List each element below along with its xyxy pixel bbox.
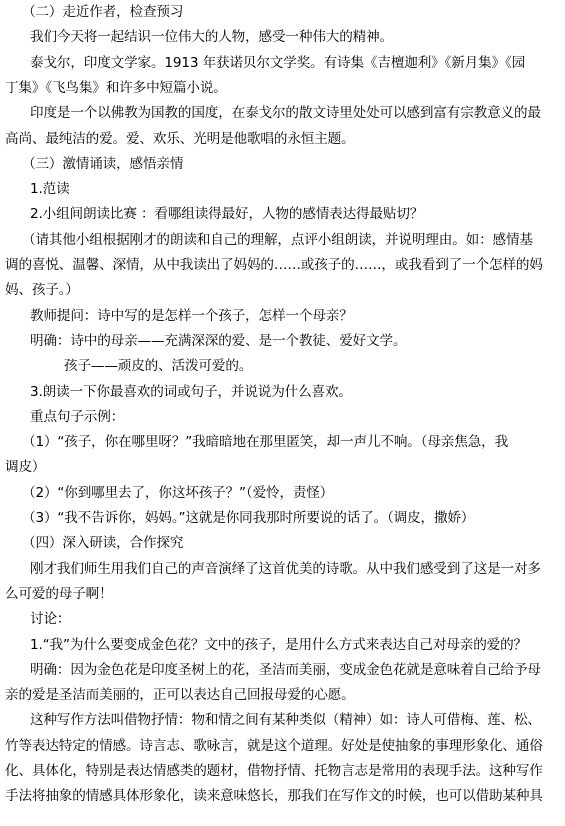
text-line: （2）“你到哪里去了，你这坏孩子？”（爱怜，责怪） <box>22 481 333 506</box>
text-line: 刚才我们师生用我们自己的声音演绎了这首优美的诗歌。从中我们感受到了这是一对多 <box>30 557 541 582</box>
text-line: 竹等表达特定的情感。诗言志、歌咏言，就是这个道理。好处是使抽象的事理形象化、通俗 <box>5 734 543 759</box>
list-item: 1.“我”为什么要变成金色花？文中的孩子，是用什么方式来表达自己对母亲的爱的？ <box>30 633 527 658</box>
text-line: （3）“我不告诉你，妈妈。”这就是你同我那时所要说的话了。（调皮，撒娇） <box>22 506 474 531</box>
text-line: 孩子——顽皮的、活泼可爱的。 <box>64 354 252 379</box>
text-line: 明确：诗中的母亲——充满深深的爱、是一个教徒、爱好文学。 <box>30 329 406 354</box>
text-line: 丁集》《飞鸟集》和许多中短篇小说。 <box>5 76 227 101</box>
text-line: 重点句子示例： <box>30 405 124 430</box>
text-line: 么可爱的母子啊！ <box>5 582 113 607</box>
text-line: （1）“孩子，你在哪里呀？”我暗暗地在那里匿笑，却一声儿不响。（母亲焦急，我 <box>22 430 508 455</box>
list-item: 1.范读 <box>30 177 70 202</box>
text-line: 明确：因为金色花是印度圣树上的花，圣洁而美丽，变成金色花就是意味着自己给予母 <box>30 658 541 683</box>
text-line: 调的喜悦、温馨、深情，从中我读出了妈妈的……或孩子的……，或我看到了一个怎样的妈 <box>5 253 543 278</box>
text-line: 我们今天将一起结识一位伟大的人物，感受一种伟大的精神。 <box>30 25 393 50</box>
text-line: 妈、孩子。） <box>5 278 79 303</box>
text-line: 高尚、最纯洁的爱。爱、欢乐、光明是他歌唱的永恒主题。 <box>5 127 355 152</box>
text-line: （请其他小组根据刚才的朗读和自己的理解，点评小组朗读，并说明理由。如：感情基 <box>22 228 533 253</box>
section-heading: （四）深入研读，合作探究 <box>22 531 183 556</box>
text-line: 调皮） <box>5 455 45 480</box>
text-line: 泰戈尔，印度文学家。1913 年获诺贝尔文学奖。有诗集《吉檀迦利》《新月集》《园 <box>30 51 525 76</box>
text-line: 印度是一个以佛教为国教的国度，在泰戈尔的散文诗里处处可以感到富有宗教意义的最 <box>30 101 541 126</box>
list-item: 2.小组间朗读比赛 ：看哪组读得最好，人物的感情表达得最贴切？ <box>30 202 423 227</box>
text-line: 这种写作方法叫借物抒情：物和情之间有某种类似（精神）如：诗人可借梅、莲、松、 <box>30 708 541 733</box>
list-item: 3.朗读一下你最喜欢的词或句子，并说说为什么喜欢。 <box>30 380 352 405</box>
document-page: （二）走近作者，检查预习我们今天将一起结识一位伟大的人物，感受一种伟大的精神。泰… <box>0 0 565 826</box>
section-heading: （三）激情诵读，感悟亲情 <box>22 152 183 177</box>
text-line: 讨论： <box>30 607 70 632</box>
text-line: 教师提问：诗中写的是怎样一个孩子，怎样一个母亲？ <box>30 304 353 329</box>
section-heading: （二）走近作者，检查预习 <box>22 0 183 25</box>
text-line: 手法将抽象的情感具体形象化，读来意味悠长，那我们在写作文的时候，也可以借助某种具 <box>5 784 543 809</box>
text-line: 化、具体化，特别是表达情感类的题材，借物抒情、托物言志是常用的表现手法。这种写作 <box>5 759 543 784</box>
text-line: 亲的爱是圣洁而美丽的，正可以表达自己回报母爱的心愿。 <box>5 683 355 708</box>
